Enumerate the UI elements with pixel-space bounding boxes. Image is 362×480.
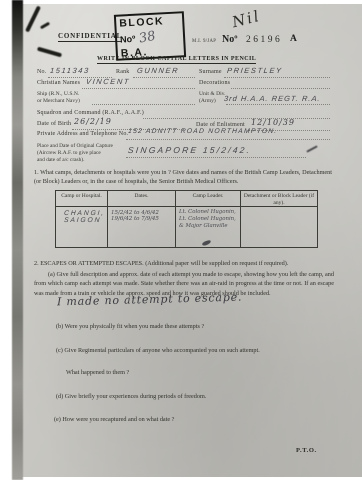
field-label-address: Private Address and Telephone No. xyxy=(37,131,128,137)
question-2c-text: (c) Give Regimental particulars of anyon… xyxy=(56,346,332,355)
question-2c-followup: What happened to them ? xyxy=(66,368,266,377)
field-label-christian-names: Christian Names xyxy=(37,80,80,86)
field-label-dob: Date of Birth xyxy=(37,121,71,127)
field-value-unit: 3rd H.A.A. REGT. R.A. xyxy=(224,94,322,103)
confidential-marking: CONFIDENTIAL xyxy=(58,32,122,42)
mi9-reference: M.I. 9/JAP xyxy=(192,39,216,44)
leader-line-1: Lt. Colonel Hugonin, xyxy=(179,209,240,216)
field-label-decorations: Decorations xyxy=(199,80,230,86)
field-label-ship-line1: Ship (R.N., U.S.N. xyxy=(37,91,80,98)
camp-line-2: SAIGON xyxy=(64,217,108,224)
block-number-stamp: BLOCK Noº38 B.A. xyxy=(114,11,186,61)
leader-line-2: Lt. Colonel Hugonin, xyxy=(179,216,240,223)
field-label-ship: Ship (R.N., U.S.N. or Merchant Navy) xyxy=(37,91,80,105)
serial-number: 26196 xyxy=(246,35,282,45)
field-value-address: 152 ADNITT ROAD NORTHAMPTON. xyxy=(128,128,278,135)
dotted-line xyxy=(143,117,330,119)
header-dates: Dates. xyxy=(108,191,176,206)
question-2e-text: (e) How were you recaptured and on what … xyxy=(54,415,324,424)
section-2-title: 2. ESCAPES OR ATTEMPTED ESCAPES. (Additi… xyxy=(34,259,334,268)
serial-suffix: A xyxy=(290,34,297,44)
cell-detachment-leader xyxy=(241,207,317,247)
camp-table-body-row: CHANGI, SAIGON 15/2/42 to 4/6/42 19/6/42… xyxy=(56,207,317,247)
field-label-capture: Place and Date of Original Capture (Airc… xyxy=(37,143,113,163)
field-value-no: 1511343 xyxy=(50,66,91,75)
field-label-ship-line2: or Merchant Navy) xyxy=(37,98,80,105)
question-1-text: 1. What camps, detachments or hospitals … xyxy=(34,168,332,187)
dotted-line xyxy=(231,87,330,89)
field-label-unit-line1: Unit & Div. xyxy=(199,91,226,98)
header-camp-leader: Camp Leader. xyxy=(176,191,241,206)
dotted-line xyxy=(133,76,195,78)
dotted-line xyxy=(82,87,195,89)
field-label-capture-line2: (Aircrew R.A.F. to give place xyxy=(37,150,113,157)
serial-no-ordinal: º xyxy=(234,34,237,45)
ink-scribble xyxy=(202,240,212,247)
cell-dates: 15/2/42 to 4/6/42 19/6/42 to 7/9/45 xyxy=(108,207,176,247)
camp-table-header-row: Camp or Hospital. Dates. Camp Leader. De… xyxy=(56,191,317,207)
dotted-line xyxy=(226,103,330,105)
block-capitals-instruction: WRITE IN BLOCK CAPITAL LETTERS IN PENCIL xyxy=(97,56,256,64)
dates-line-2: 19/6/42 to 7/9/45 xyxy=(111,216,175,222)
camp-table: Camp or Hospital. Dates. Camp Leader. De… xyxy=(55,190,318,248)
field-value-surname: PRIESTLEY xyxy=(227,66,284,75)
field-value-enlistment: 12/10/39 xyxy=(251,118,295,127)
serial-no-text: No xyxy=(222,34,234,45)
field-label-capture-line1: Place and Date of Original Capture xyxy=(37,143,113,150)
field-label-capture-line3: and date of a/c crash). xyxy=(37,157,113,164)
field-label-unit-div: Unit & Div. (Army) xyxy=(199,91,226,105)
stamp-no-label: No xyxy=(120,34,133,45)
question-2b-text: (b) Were you physically fit when you mad… xyxy=(56,322,326,331)
field-label-surname: Surname xyxy=(199,69,222,75)
dotted-line xyxy=(92,103,195,105)
pto-note: P.T.O. xyxy=(296,447,317,454)
stamp-handwritten-number: 38 xyxy=(138,29,157,47)
field-label-rank: Rank xyxy=(116,69,129,75)
scan-edge-shadow xyxy=(12,0,23,480)
field-value-capture: SINGAPORE 15/2/42. xyxy=(127,145,251,155)
header-detachment-leader: Detachment or Block Leader (if any). xyxy=(241,191,317,206)
field-label-squadron: Squadron and Command (R.A.F., A.A.F.) xyxy=(37,110,144,116)
field-value-rank: GUNNER xyxy=(137,66,180,75)
dotted-line xyxy=(126,138,330,140)
field-value-dob: 26/2/19 xyxy=(74,117,112,126)
scanned-pow-questionnaire: CONFIDENTIAL BLOCK Noº38 B.A. Nil M.I. 9… xyxy=(0,0,362,480)
serial-no-label: Noº xyxy=(222,34,238,45)
field-value-christian-names: VINCENT xyxy=(86,77,131,86)
cell-camp-leader: Lt. Colonel Hugonin, Lt. Colonel Hugonin… xyxy=(176,207,241,247)
stamp-no-ordinal: º xyxy=(132,34,136,44)
dotted-line xyxy=(126,156,306,158)
cell-camp: CHANGI, SAIGON xyxy=(56,207,108,247)
camp-line-1: CHANGI, xyxy=(64,210,108,217)
field-label-no: No. xyxy=(37,69,46,75)
field-label-unit-line2: (Army) xyxy=(199,98,226,105)
leader-line-3: & Major Glanville xyxy=(179,223,240,230)
header-camp-or-hospital: Camp or Hospital. xyxy=(56,191,108,206)
dotted-line xyxy=(224,76,330,78)
question-2d-text: (d) Give briefly your experiences during… xyxy=(56,392,326,401)
